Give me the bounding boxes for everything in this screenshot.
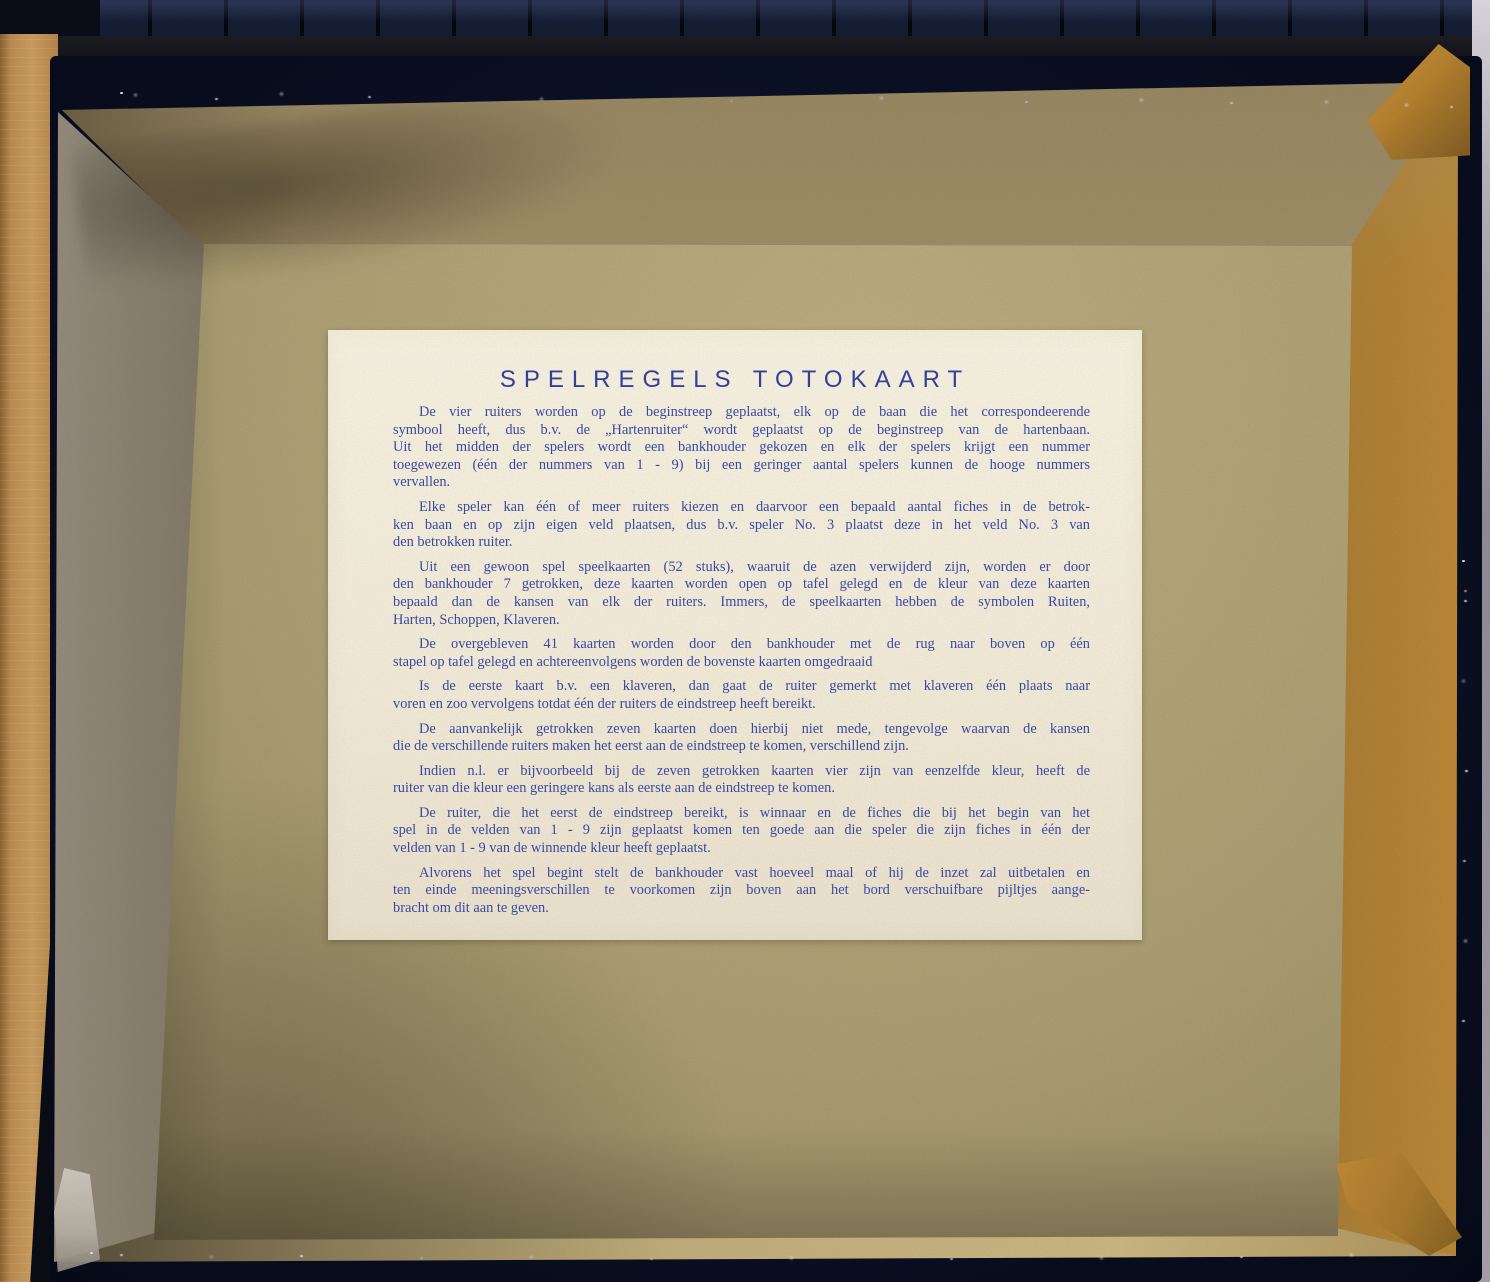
rim-glints-right [1462, 560, 1465, 562]
rules-paragraph: Uit een gewoon spel speelkaarten (52 stu… [393, 559, 1090, 629]
background-dark-tiled-shelf [0, 0, 1490, 40]
rim-glints-top [120, 92, 123, 94]
rules-text-line: bepaald dan de kansen van elk der ruiter… [393, 594, 1090, 612]
rules-text-line: Indien n.l. er bijvoorbeeld bij de zeven… [393, 763, 1090, 781]
rules-text-line: ken baan en op zijn eigen veld plaatsen,… [393, 517, 1090, 535]
rules-text-line: Alvorens het spel begint stelt de bankho… [393, 865, 1090, 883]
rules-paragraph: De overgebleven 41 kaarten worden door d… [393, 636, 1090, 671]
rules-text-line: den betrokken ruiter. [393, 534, 1090, 552]
rules-text-line: Is de eerste kaart b.v. een klaveren, da… [393, 678, 1090, 696]
rules-text-line: stapel op tafel gelegd en achtereenvolge… [393, 654, 1090, 672]
rules-text-line: bracht om dit aan te geven. [393, 900, 1090, 918]
rules-text-line: ten einde meeningsverschillen te voorkom… [393, 882, 1090, 900]
rules-title: SPELREGELS TOTOKAART [328, 366, 1142, 394]
rules-text-line: De overgebleven 41 kaarten worden door d… [393, 636, 1090, 654]
rules-paragraph: Indien n.l. er bijvoorbeeld bij de zeven… [393, 763, 1090, 798]
rim-glints-bottom [90, 1252, 93, 1254]
rules-text-line: De ruiter, die het eerst de eindstreep b… [393, 805, 1090, 823]
rules-text-line: velden van 1 - 9 van de winnende kleur h… [393, 840, 1090, 858]
rules-label: SPELREGELS TOTOKAART De vier ruiters wor… [328, 330, 1142, 940]
rules-text-line: De vier ruiters worden op de beginstreep… [393, 404, 1090, 422]
rules-text-line: Uit het midden der spelers wordt een ban… [393, 439, 1090, 457]
rules-text-line: Elke speler kan één of meer ruiters kiez… [393, 499, 1090, 517]
rules-text-line: symbool heeft, dus b.v. de „Hartenruiter… [393, 422, 1090, 440]
rules-text-line: vervallen. [393, 474, 1090, 492]
rules-body: De vier ruiters worden op de beginstreep… [393, 404, 1090, 917]
rules-text-line: spel in de velden van 1 - 9 zijn geplaat… [393, 822, 1090, 840]
rules-text-line: Uit een gewoon spel speelkaarten (52 stu… [393, 559, 1090, 577]
rules-text-line: die de verschillende ruiters maken het e… [393, 738, 1090, 756]
rules-paragraph: Elke speler kan één of meer ruiters kiez… [393, 499, 1090, 552]
rules-paragraph: Is de eerste kaart b.v. een klaveren, da… [393, 678, 1090, 713]
rules-text-line: voren en zoo vervolgens totdat één der r… [393, 696, 1090, 714]
rules-text-line: ruiter van die kleur een geringere kans … [393, 780, 1090, 798]
rules-text-line: Harten, Schoppen, Klaveren. [393, 612, 1090, 630]
rules-paragraph: Alvorens het spel begint stelt de bankho… [393, 865, 1090, 918]
rules-text-line: toegewezen (één der nummers van 1 - 9) b… [393, 457, 1090, 475]
photo-open-game-box: SPELREGELS TOTOKAART De vier ruiters wor… [0, 0, 1490, 1282]
rules-paragraph: De aanvankelijk getrokken zeven kaarten … [393, 721, 1090, 756]
rules-text-line: den bankhouder 7 getrokken, deze kaarten… [393, 576, 1090, 594]
rules-text-line: De aanvankelijk getrokken zeven kaarten … [393, 721, 1090, 739]
rules-paragraph: De vier ruiters worden op de beginstreep… [393, 404, 1090, 492]
rules-paragraph: De ruiter, die het eerst de eindstreep b… [393, 805, 1090, 858]
